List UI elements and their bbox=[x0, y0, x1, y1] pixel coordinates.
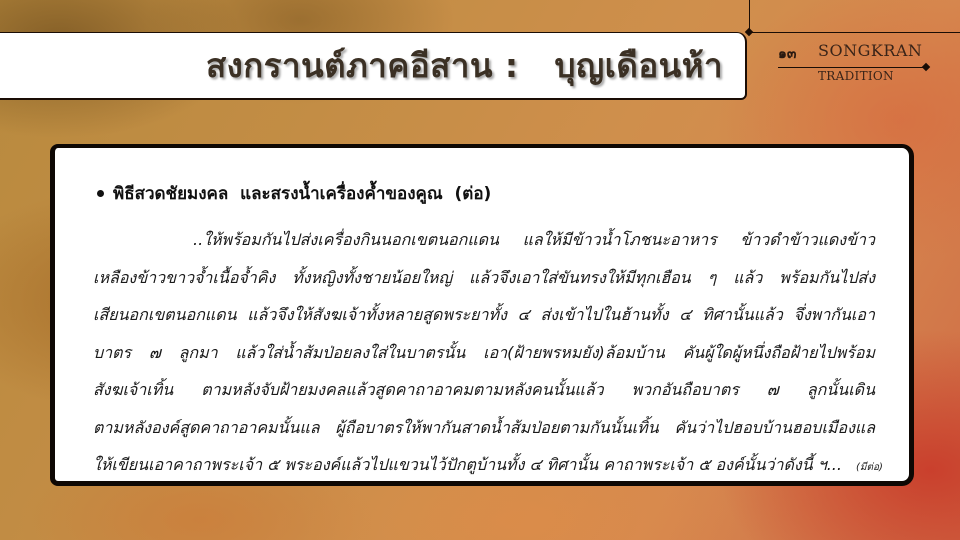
paragraph-line-text: ให้เขียนเอาคาถาพระเจ้า ๕ พระองค์แล้วไปแข… bbox=[93, 455, 842, 474]
brand-mark: ๑๓ SONGKRAN TRADITION bbox=[778, 40, 938, 90]
paragraph-line: สังฆเจ้าเทิ้น ตามหลังจับฝ้ายมงคลแล้วสูดค… bbox=[93, 371, 875, 409]
bullet-icon bbox=[97, 190, 104, 197]
title-banner: สงกรานต์ภาคอีสาน : บุญเดือนห้า bbox=[0, 32, 747, 100]
content-card: พิธีสวดชัยมงคล และสรงน้ำเครื่องค้ำของคูณ… bbox=[50, 144, 914, 486]
body-paragraph: ..ให้พร้อมกันไปส่งเครื่องกินนอกเขตนอกแดน… bbox=[93, 221, 875, 484]
continued-label: (มีต่อ) bbox=[856, 462, 883, 473]
paragraph-line: เหลืองข้าวขาวจ้ำเนื้อจ้ำคิง ทั้งหญิงทั้ง… bbox=[93, 259, 875, 297]
brand-divider bbox=[778, 67, 926, 68]
paragraph-line: เสียนอกเขตนอกแดน แล้วจึงให้สังฆเจ้าทั้งห… bbox=[93, 296, 875, 334]
page-title: สงกรานต์ภาคอีสาน : บุญเดือนห้า bbox=[206, 39, 723, 92]
section-heading: พิธีสวดชัยมงคล และสรงน้ำเครื่องค้ำของคูณ… bbox=[97, 180, 491, 207]
diamond-ornament-icon bbox=[922, 63, 930, 71]
brand-title: SONGKRAN bbox=[818, 41, 922, 60]
page-number: ๑๓ bbox=[778, 43, 796, 65]
paragraph-line: ..ให้พร้อมกันไปส่งเครื่องกินนอกเขตนอกแดน… bbox=[93, 221, 875, 259]
paragraph-line: ตามหลังองค์สูดคาถาอาคมนั้นแล ผู้ถือบาตรใ… bbox=[93, 409, 875, 447]
decorative-horizontal-line bbox=[749, 32, 960, 33]
section-heading-text: พิธีสวดชัยมงคล และสรงน้ำเครื่องค้ำของคูณ… bbox=[113, 180, 491, 207]
paragraph-line-last: ให้เขียนเอาคาถาพระเจ้า ๕ พระองค์แล้วไปแข… bbox=[93, 446, 875, 484]
brand-subtitle: TRADITION bbox=[818, 69, 894, 83]
paragraph-line: บาตร ๗ ลูกมา แล้วใส่น้ำส้มป่อยลงใส่ในบาต… bbox=[93, 334, 875, 372]
